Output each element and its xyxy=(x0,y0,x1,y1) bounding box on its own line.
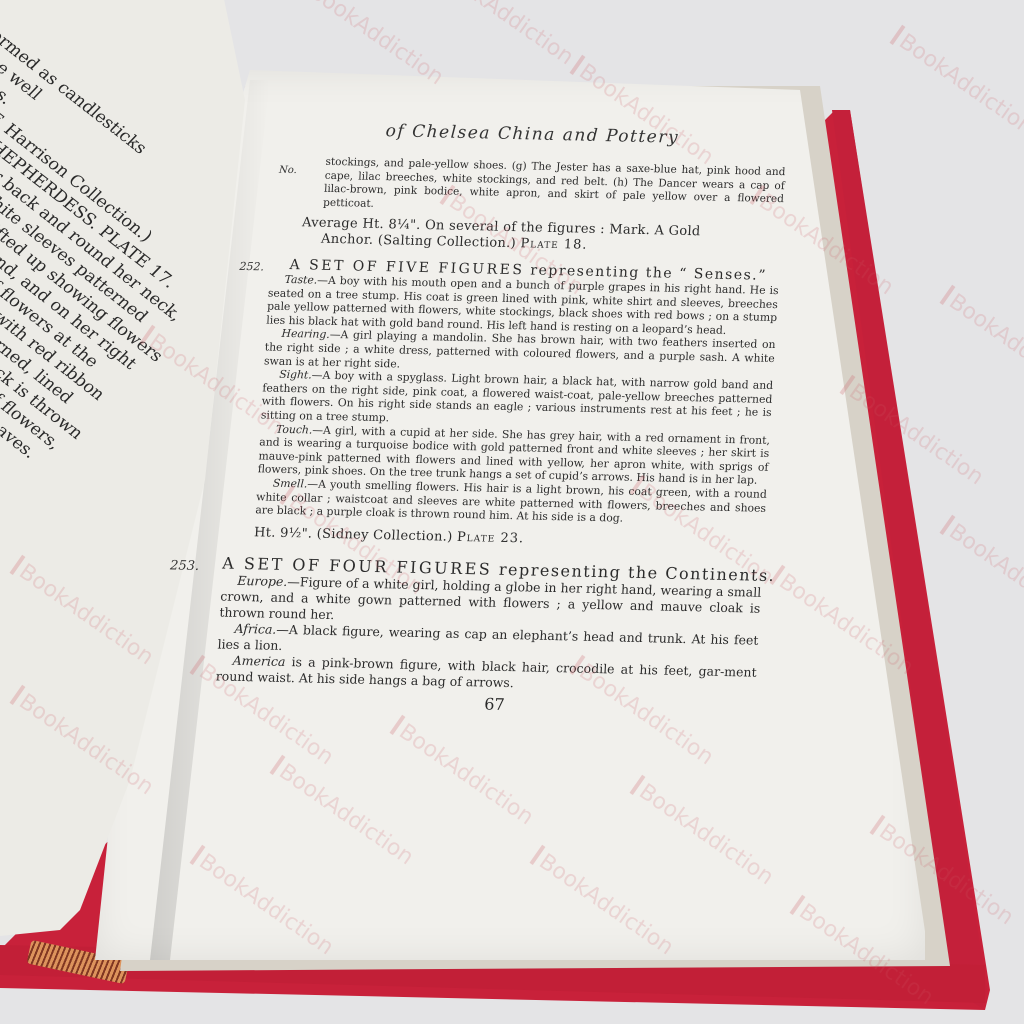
sense-label: Smell. xyxy=(273,477,308,491)
entry-252: 252. A SET OF FIVE FIGURES representing … xyxy=(224,256,780,552)
watermark-text: BookAddiction xyxy=(938,515,1024,631)
sense-label: Taste. xyxy=(284,273,317,287)
watermark-text: BookAddiction xyxy=(938,285,1024,401)
sense-label: Touch. xyxy=(276,422,313,436)
entry-height-line: Ht. 9½". (Sidney Collection.) Plate 23. xyxy=(254,525,765,552)
entry-number: 253. xyxy=(170,558,200,574)
collection-text: Anchor. (Salting Collection.) xyxy=(321,232,521,252)
entry-body: Europe.—Figure of a white girl, holding … xyxy=(215,572,761,696)
number-column-label: No. xyxy=(279,165,297,176)
continuation-block: stockings, and pale-yellow shoes. (g) Th… xyxy=(241,154,786,258)
book-photo: GROUPS formed as candlesticksthe goat in… xyxy=(0,0,1024,1024)
continuation-meta: Average Ht. 8¼". On several of the figur… xyxy=(301,215,783,258)
entry-body: Taste.—A boy with his mouth open and a b… xyxy=(255,273,779,529)
plate-ref: Plate 18. xyxy=(520,236,588,253)
entry-number: 252. xyxy=(239,260,264,274)
continent-label: Europe. xyxy=(237,573,288,589)
plate-ref: Plate 23. xyxy=(457,530,525,547)
watermark-text: BookAddiction xyxy=(888,25,1024,141)
sense-text: —A boy with his mouth open and a bunch o… xyxy=(266,274,779,337)
entry-253: 253. A SET OF FOUR FIGURES representing … xyxy=(215,553,762,696)
continuation-text: stockings, and pale-yellow shoes. (g) Th… xyxy=(323,156,786,220)
right-page-text: of Chelsea China and Pottery No. stockin… xyxy=(214,118,788,719)
sense-label: Sight. xyxy=(279,368,312,382)
continent-label: America xyxy=(232,652,286,668)
height-collection: Ht. 9½". (Sidney Collection.) xyxy=(254,525,458,545)
sense-text: —A boy with a spyglass. Light brown hair… xyxy=(261,369,774,425)
continent-label: Africa. xyxy=(234,621,277,637)
watermark-text: BookAddiction xyxy=(428,0,578,70)
sense-label: Hearing. xyxy=(281,327,330,341)
